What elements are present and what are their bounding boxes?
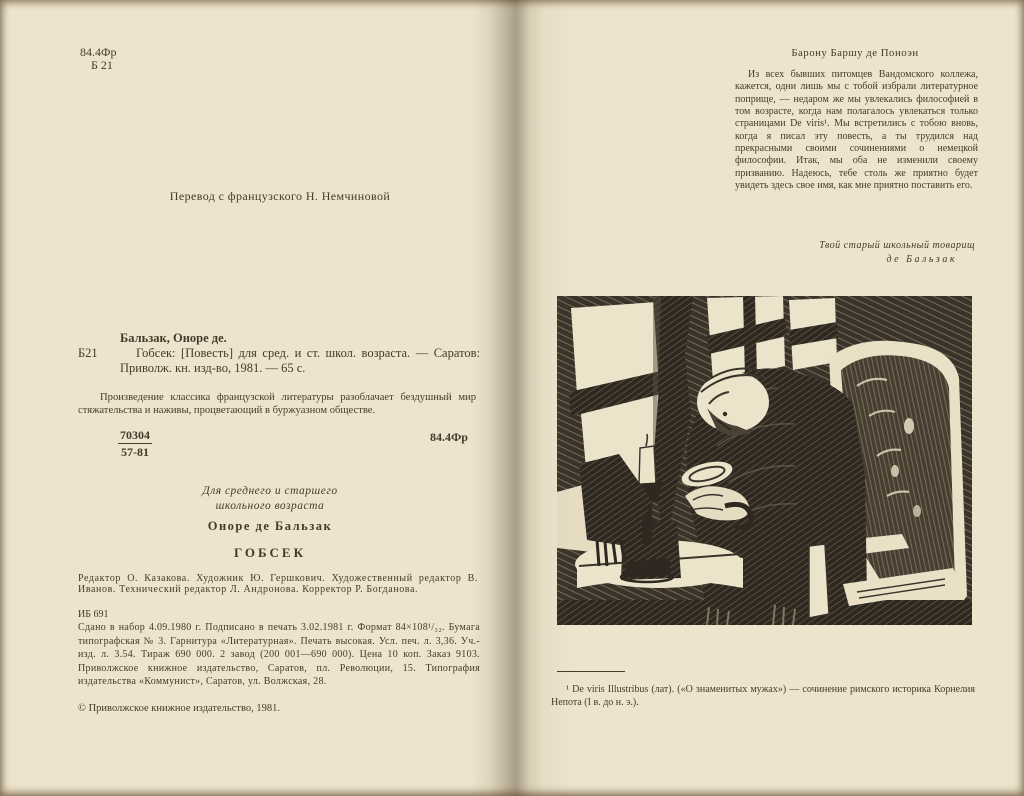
catalog-description: Гобсек: [Повесть] для сред. и ст. школ. … [120, 346, 480, 376]
print-order-code: 70304 57-81 [118, 428, 152, 459]
age-note-line2: школьного возраста [120, 499, 420, 514]
print-order-numerator: 70304 [118, 428, 152, 444]
signature-line1: Твой старый школьный товарищ [735, 240, 975, 251]
copyright-line: © Приволжское книжное издательство, 1981… [78, 703, 280, 714]
catalog-index: Б21 [78, 346, 98, 361]
dedication-heading: Барону Баршу де Поноэн [735, 47, 975, 59]
bbk-code: 84.4Фр [430, 430, 468, 445]
classification-code-block: 84.4Фр Б 21 [80, 46, 116, 72]
catalog-entry: Бальзак, Оноре де. Б21 Гобсек: [Повесть]… [78, 331, 480, 376]
gobseck-illustration [557, 296, 972, 625]
footnote-rule [557, 671, 625, 672]
credits-block: Редактор О. Казакова. Художник Ю. Гершко… [78, 574, 478, 596]
age-note: Для среднего и старшего школьного возрас… [120, 484, 420, 514]
age-note-line1: Для среднего и старшего [120, 484, 420, 499]
catalog-body: Б21 Гобсек: [Повесть] для сред. и ст. шк… [78, 346, 480, 376]
annotation: Произведение классика французской литера… [78, 391, 476, 418]
print-order-denominator: 57-81 [118, 444, 152, 459]
classification-sub: Б 21 [80, 59, 116, 72]
dedication-text: Из всех бывших питомцев Вандомского колл… [735, 69, 978, 192]
ib-number: ИБ 691 [78, 609, 108, 620]
gobseck-engraving-svg [557, 296, 972, 625]
book-spread: 84.4Фр Б 21 Перевод с французского Н. Не… [0, 0, 1024, 796]
footnote-text: ¹ De viris Illustribus (лат). («О знамен… [551, 684, 975, 709]
translation-note: Перевод с французского Н. Немчиновой [120, 189, 440, 204]
imprint-block: Сдано в набор 4.09.1980 г. Подписано в п… [78, 621, 480, 689]
catalog-author: Бальзак, Оноре де. [120, 331, 480, 346]
author-name: Оноре де Бальзак [120, 519, 420, 534]
book-title: ГОБСЕК [120, 545, 420, 561]
signature-line2: де Бальзак [735, 254, 957, 265]
